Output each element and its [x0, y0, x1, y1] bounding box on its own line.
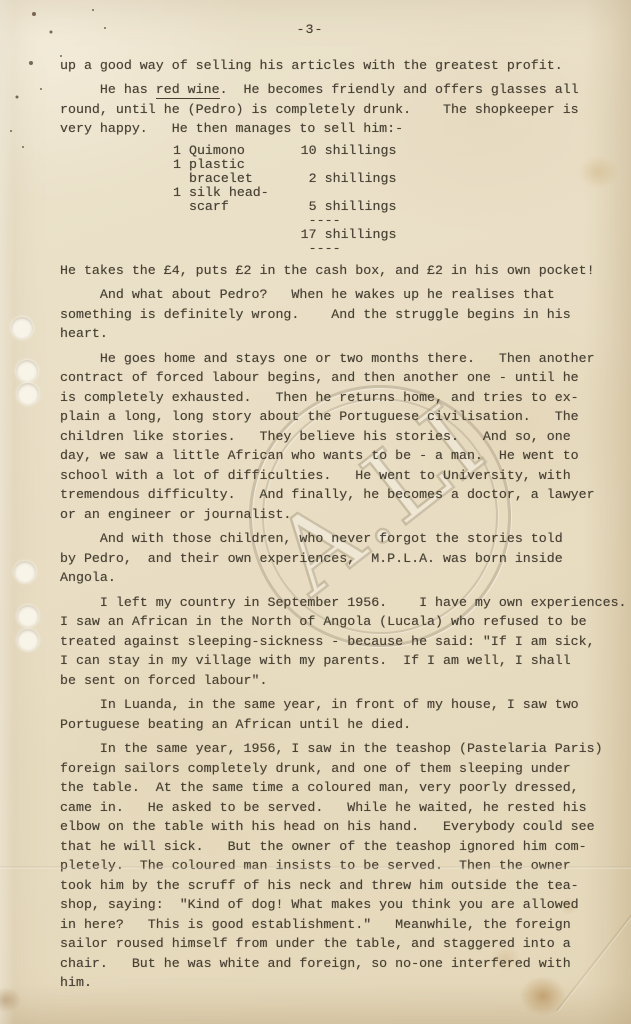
text-line: ----: [173, 214, 626, 228]
price-list: 1 Quimono 10 shillings1 plastic bracelet…: [60, 144, 626, 256]
text-line: foreign sailors completely drunk, and on…: [60, 759, 626, 779]
para-pedro-wakes: And what about Pedro? When he wakes up h…: [60, 285, 626, 344]
text-line: came in. He asked to be served. While he…: [60, 798, 626, 818]
horizontal-crease: [0, 866, 631, 869]
text-line: bracelet 2 shillings: [173, 172, 626, 186]
text-line: 1 Quimono 10 shillings: [173, 144, 626, 158]
para-mpla-born: And with those children, who never forgo…: [60, 529, 626, 588]
text-line: shop, saying: "Kind of dog! What makes y…: [60, 895, 626, 915]
punch-hole: [14, 561, 36, 583]
text-line: is completely exhausted. Then he returns…: [60, 388, 626, 408]
punch-hole: [17, 605, 39, 627]
text-line: Angola.: [60, 568, 626, 588]
text-line: very happy. He then manages to sell him:…: [60, 119, 626, 139]
text-line: by Pedro, and their own experiences, M.P…: [60, 549, 626, 569]
text-line: In Luanda, in the same year, in front of…: [60, 695, 626, 715]
para-red-wine: He has red wine. He becomes friendly and…: [60, 80, 626, 139]
text-line: 17 shillings: [173, 228, 626, 242]
text-line: ----: [173, 242, 626, 256]
text-line: or an engineer or journalist.: [60, 505, 626, 525]
text-line: round, until he (Pedro) is completely dr…: [60, 100, 626, 120]
text-line: school with a lot of difficulties. He we…: [60, 466, 626, 486]
text-line: treated against sleeping-sickness - beca…: [60, 632, 626, 652]
text-line: that he will sick. But the owner of the …: [60, 837, 626, 857]
text-line: something is definitely wrong. And the s…: [60, 305, 626, 325]
text-line: him.: [60, 973, 626, 993]
text-line: the table. At the same time a coloured m…: [60, 778, 626, 798]
para-luanda: In Luanda, in the same year, in front of…: [60, 695, 626, 734]
text-column: -3- up a good way of selling his article…: [60, 20, 626, 998]
scanned-document-page: { "page": { "number_label": "-3-", "wate…: [0, 0, 631, 1024]
para-goes-home: He goes home and stays one or two months…: [60, 349, 626, 525]
underlined-phrase: red wine: [156, 82, 220, 99]
punch-hole: [11, 317, 33, 339]
text-line: be sent on forced labour".: [60, 671, 626, 691]
text-line: took him by the scruff of his neck and t…: [60, 876, 626, 896]
text-line: in here? This is good establishment." Me…: [60, 915, 626, 935]
text-line: scarf 5 shillings: [173, 200, 626, 214]
punch-hole: [17, 629, 39, 651]
text-line: plain a long, long story about the Portu…: [60, 407, 626, 427]
para-cash-box: He takes the £4, puts £2 in the cash box…: [60, 261, 626, 281]
text-line: I can stay in my village with my parents…: [60, 651, 626, 671]
para-opening: up a good way of selling his articles wi…: [60, 56, 626, 76]
text-line: children like stories. They believe his …: [60, 427, 626, 447]
text-line: I left my country in September 1956. I h…: [60, 593, 626, 613]
text-line: tremendous difficulty. And finally, he b…: [60, 485, 626, 505]
text-line: I saw an African in the North of Angola …: [60, 612, 626, 632]
text-line: chair. But he was white and foreign, so …: [60, 954, 626, 974]
para-left-country: I left my country in September 1956. I h…: [60, 593, 626, 691]
text-line: sailor roused himself from under the tab…: [60, 934, 626, 954]
text-line: He goes home and stays one or two months…: [60, 349, 626, 369]
page-number: -3-: [60, 20, 560, 40]
text-line: heart.: [60, 324, 626, 344]
text-line: He has red wine. He becomes friendly and…: [60, 80, 626, 100]
text-line: Portuguese beating an African until he d…: [60, 715, 626, 735]
punch-hole: [17, 383, 39, 405]
text-line: contract of forced labour begins, and th…: [60, 368, 626, 388]
text-line: elbow on the table with his head on his …: [60, 817, 626, 837]
text-line: He takes the £4, puts £2 in the cash box…: [60, 261, 626, 281]
text-line: And what about Pedro? When he wakes up h…: [60, 285, 626, 305]
text-line: 1 plastic: [173, 158, 626, 172]
punch-hole: [16, 360, 38, 382]
text-line: In the same year, 1956, I saw in the tea…: [60, 739, 626, 759]
text-line: day, we saw a little African who wants t…: [60, 446, 626, 466]
text-line: up a good way of selling his articles wi…: [60, 56, 626, 76]
text-line: 1 silk head-: [173, 186, 626, 200]
staple-rust-specks: [0, 0, 2, 2]
text-line: And with those children, who never forgo…: [60, 529, 626, 549]
